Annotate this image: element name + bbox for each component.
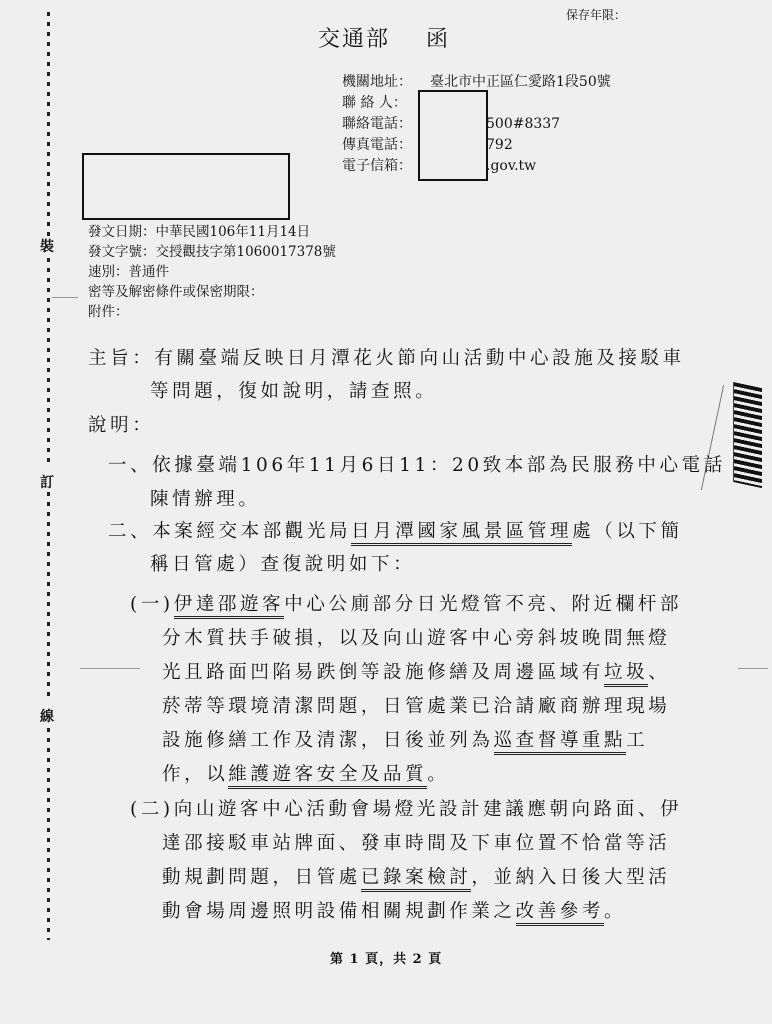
sub-item-2-line-1: (二)向山遊客中心活動會場燈光設計建議應朝向路面、伊	[130, 798, 682, 822]
document-title: 交通部函	[318, 22, 450, 53]
seal-stamp	[733, 382, 762, 488]
sub-item-2-line-2: 達邵接駁車站牌面、發車時間及下車位置不恰當等活	[162, 832, 670, 856]
binding-label-ding: 訂	[40, 472, 54, 492]
sub-item-2-line-4: 動會場周邊照明設備相關規劃作業之改善參考。	[162, 900, 626, 924]
scan-artifact	[80, 668, 140, 669]
subject-line-2: 等問題，復如說明，請查照。	[150, 380, 437, 404]
redaction-box-recipient	[82, 153, 290, 220]
sub-item-2-line-3: 動規劃問題，日管處已錄案檢討，並納入日後大型活	[162, 866, 670, 890]
issue-date: 發文日期：中華民國106年11月14日	[88, 223, 310, 242]
sub-item-1-line-2: 分木質扶手破損，以及向山遊客中心旁斜坡晚間無燈	[162, 627, 670, 651]
document-type: 函	[426, 27, 450, 52]
binding-line	[47, 492, 50, 702]
sub-item-1-line-5: 設施修繕工作及清潔，日後並列為巡查督導重點工	[162, 729, 648, 753]
retention-period-label: 保存年限：	[566, 6, 626, 23]
issue-number: 發文字號：交授觀技字第1060017378號	[88, 243, 336, 262]
binding-line	[47, 728, 50, 940]
binding-label-xian: 線	[40, 706, 54, 726]
agency-name: 交通部	[318, 27, 390, 52]
explanation-item-2-line-1: 二、本案經交本部觀光局日月潭國家風景區管理處（以下簡	[108, 520, 683, 544]
phone-value: 500#8337	[486, 116, 560, 132]
contact-person: 聯 絡 人：	[342, 93, 430, 114]
binding-label-zhuang: 裝	[40, 236, 54, 256]
subject-label: 主旨：	[88, 348, 154, 369]
explanation-item-2-line-2: 稱日管處）查復說明如下：	[150, 553, 415, 577]
sub-item-1-line-6: 作，以維護遊客安全及品質。	[162, 763, 449, 787]
classification: 密等及解密條件或保密期限：	[88, 283, 264, 302]
scan-artifact	[52, 297, 78, 298]
redaction-box-contact	[418, 90, 488, 181]
scan-artifact	[738, 668, 768, 669]
contact-person-label: 聯 絡 人：	[342, 93, 430, 114]
sub-item-1-line-3: 光且路面凹陷易跌倒等設施修繕及周邊區域有垃圾、	[162, 661, 670, 685]
address-value: 臺北市中正區仁愛路1段50號	[430, 74, 611, 90]
phone-label: 聯絡電話：	[342, 114, 430, 135]
page-indicator: 第 1 頁，共 2 頁	[330, 948, 442, 967]
address-label: 機關地址：	[342, 72, 430, 93]
attachment: 附件：	[88, 303, 129, 322]
binding-line	[47, 258, 50, 468]
delivery-speed: 速別：普通件	[88, 263, 169, 282]
underlined-agency: 日月潭國家風景區管理	[351, 521, 572, 546]
explanation-label: 說明：	[88, 414, 154, 438]
email-label: 電子信箱：	[342, 156, 430, 177]
sub-item-1-line-1: (一)伊達邵遊客中心公廁部分日光燈管不亮、附近欄杆部	[130, 593, 682, 617]
explanation-item-1-line-1: 一、依據臺端106年11月6日11：20致本部為民服務中心電話	[108, 454, 726, 478]
sub-item-1-line-4: 菸蒂等環境清潔問題，日管處業已洽請廠商辦理現場	[162, 695, 670, 719]
fax-label: 傳真電話：	[342, 135, 430, 156]
explanation-item-1-line-2: 陳情辦理。	[150, 488, 261, 512]
subject-line-1: 主旨：有關臺端反映日月潭花火節向山活動中心設施及接駁車	[88, 347, 685, 371]
binding-line	[47, 12, 50, 240]
fax-value: 792	[486, 137, 513, 153]
email-value: .gov.tw	[486, 158, 536, 174]
